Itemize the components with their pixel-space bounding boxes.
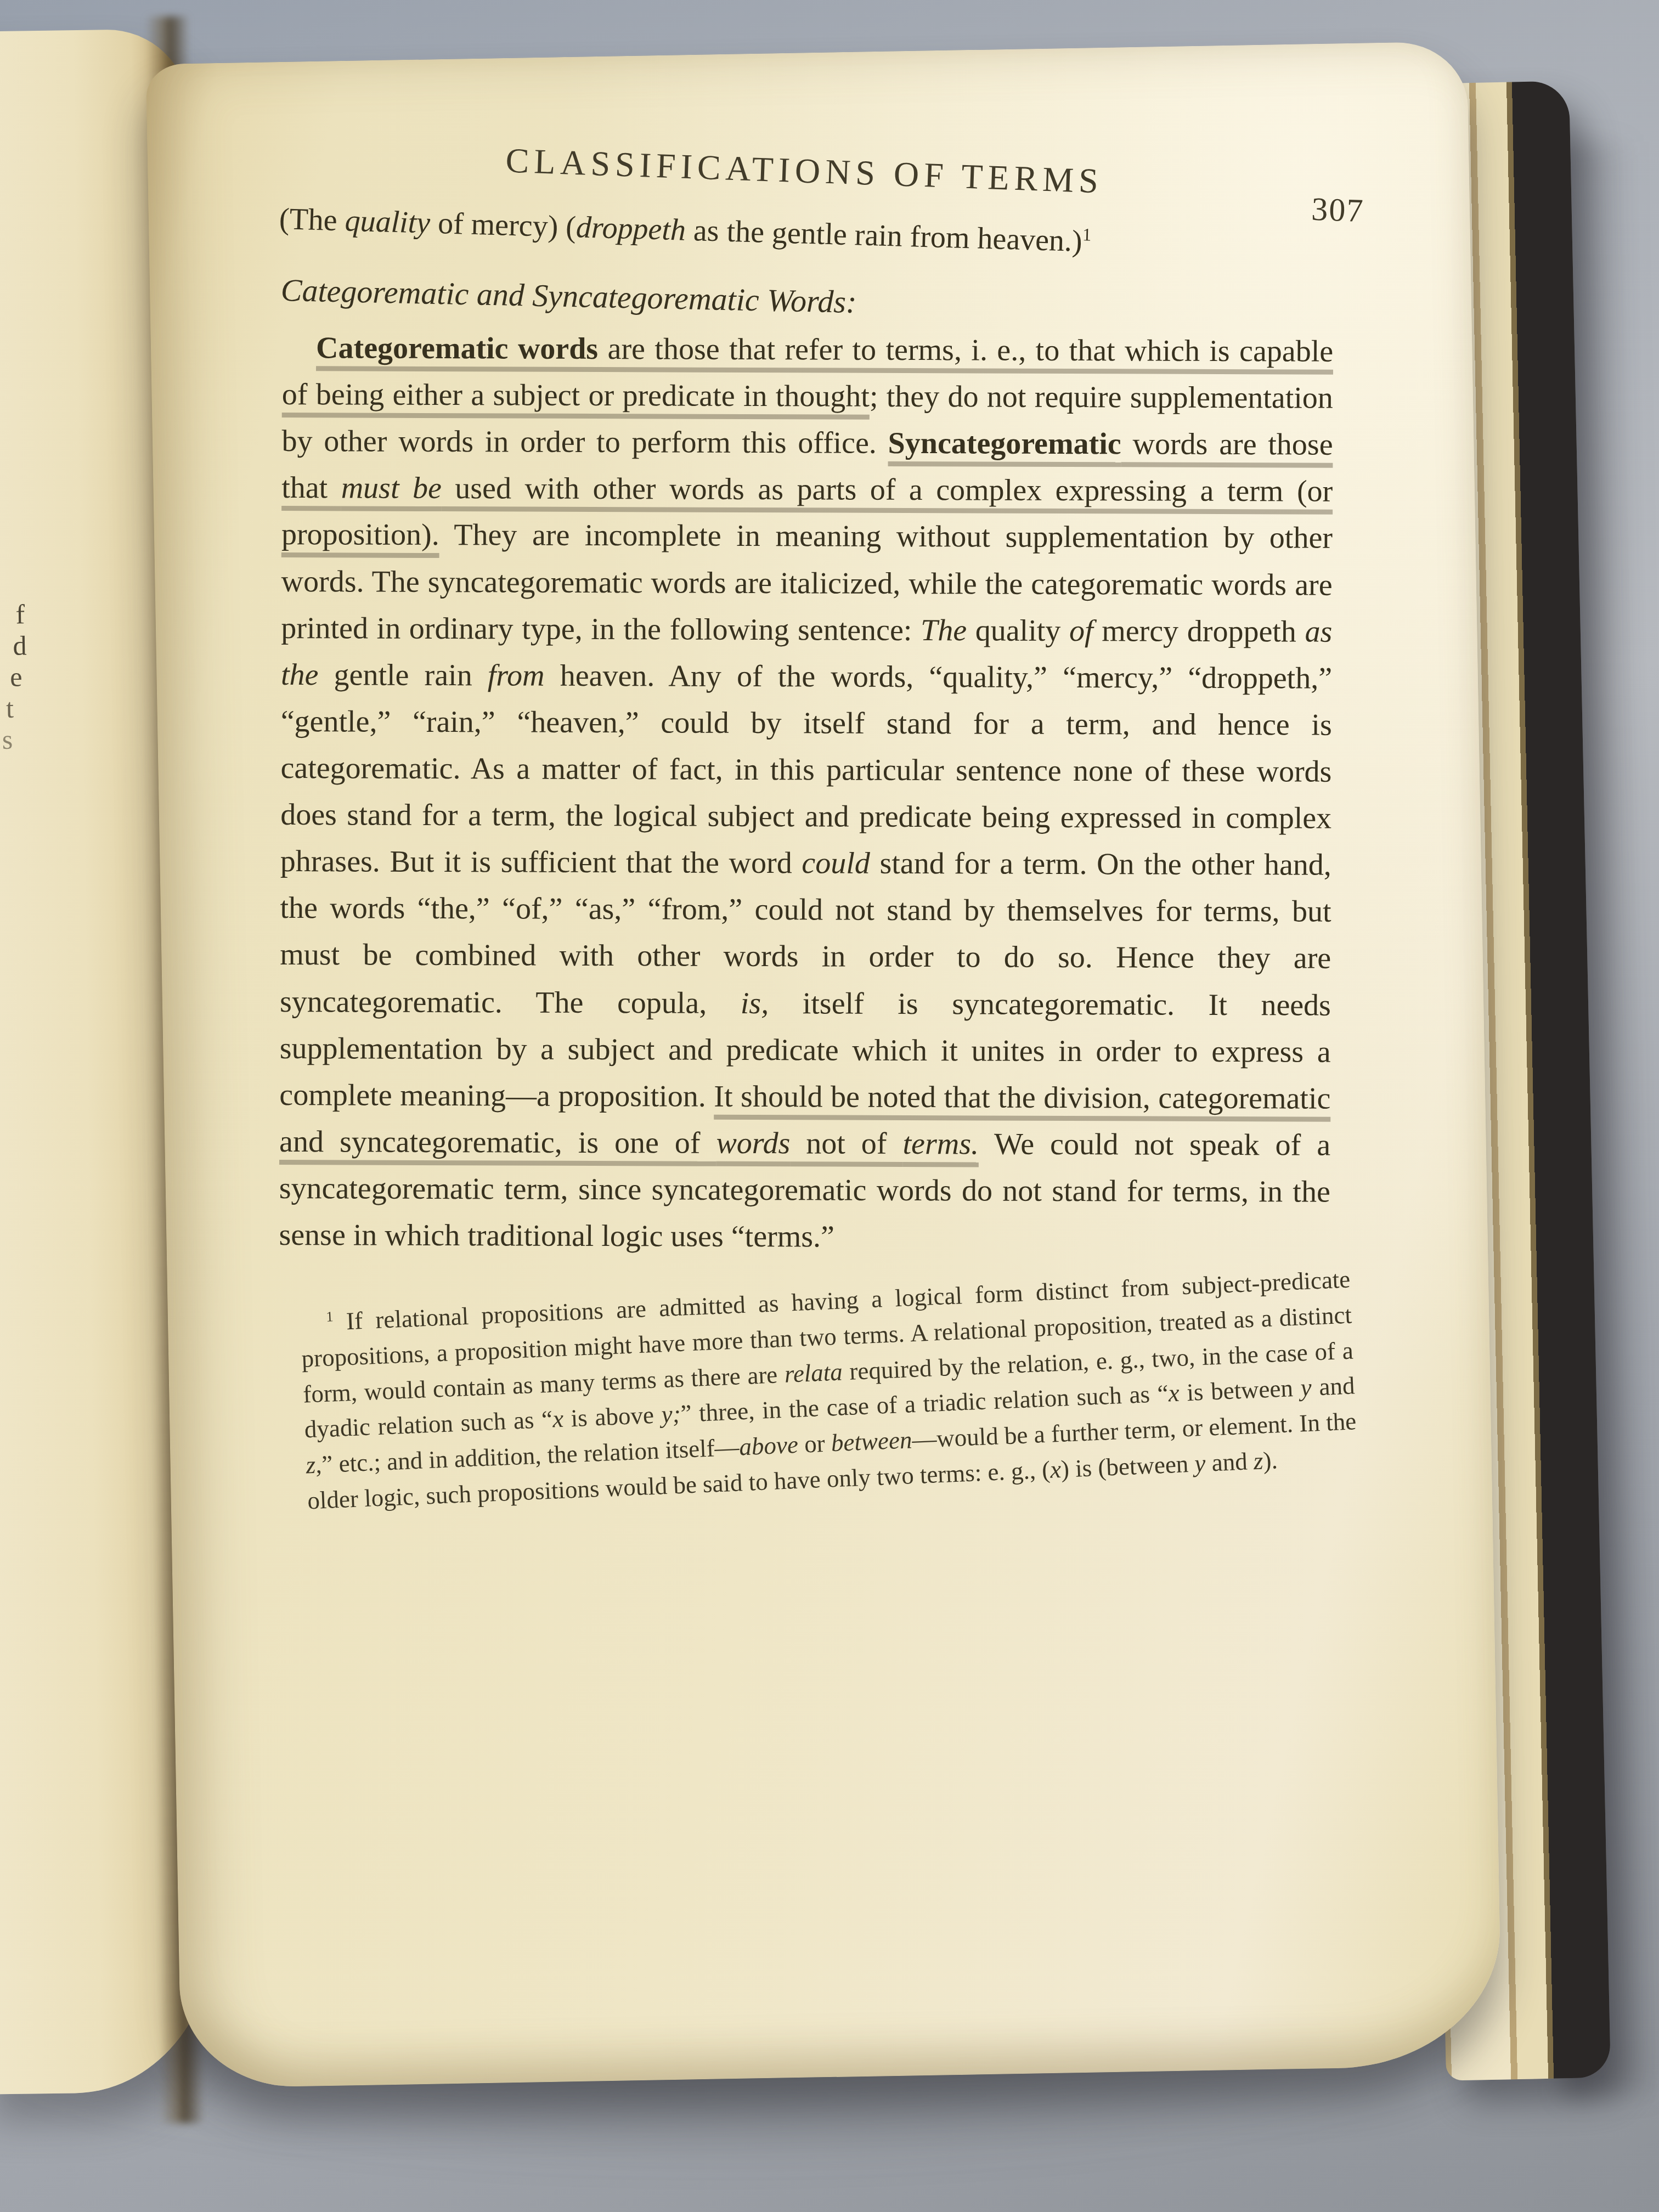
text-segment: x [552, 1405, 564, 1433]
text-segment: x [1049, 1455, 1062, 1483]
text-segment: quality [345, 204, 431, 240]
text-segment: as the gentle rain from heaven.) [685, 213, 1082, 258]
text-segment: y; [661, 1400, 681, 1428]
page-number: 307 [1311, 190, 1364, 230]
cutoff-letter: f [15, 599, 26, 630]
cutoff-letter: t [6, 692, 28, 724]
text-segment: is, [741, 986, 769, 1020]
text-segment: is above [563, 1401, 662, 1432]
text-segment: y [1194, 1449, 1206, 1477]
text-segment: words [716, 1126, 790, 1160]
cutoff-letter: s [2, 724, 28, 755]
page-content: CLASSIFICATIONS OF TERMS 307 (The qualit… [146, 41, 1492, 1521]
text-segment: terms. [902, 1127, 979, 1161]
running-head: CLASSIFICATIONS OF TERMS 307 [279, 132, 1330, 210]
text-segment: and [1311, 1372, 1356, 1401]
text-segment: is between [1179, 1374, 1301, 1407]
text-segment: x [1168, 1379, 1180, 1407]
text-segment: must be [341, 471, 442, 506]
text-segment: z, [306, 1451, 323, 1479]
text-segment: droppeth [575, 210, 686, 247]
text-segment: (The [279, 202, 345, 238]
text-segment: quality [967, 613, 1069, 648]
cutoff-letter: d [13, 630, 27, 661]
text-segment: between [831, 1426, 912, 1457]
text-segment: ) is (between [1060, 1450, 1195, 1483]
text-segment: y [1300, 1374, 1312, 1402]
page-title: CLASSIFICATIONS OF TERMS [505, 141, 1104, 201]
text-segment-pencil-underlined: not of [790, 1126, 902, 1161]
cutoff-letter: e [10, 661, 27, 692]
footnote-reference: 1 [1082, 225, 1092, 245]
text-segment: Syncategorematic [888, 426, 1121, 461]
footnote: 1 If relational propositions are admitte… [300, 1262, 1359, 1519]
text-segment: of mercy) ( [430, 206, 577, 244]
body-paragraph: Categorematic words are those that refer… [279, 325, 1333, 1262]
text-segment: could [802, 847, 870, 881]
photo-of-open-book: f d e t s CLASSIFICATIONS OF TERMS 307 (… [0, 0, 1659, 2212]
text-segment: mercy droppeth [1093, 614, 1305, 648]
text-segment: The [921, 613, 967, 647]
text-segment: or [798, 1430, 832, 1458]
text-segment: from [488, 658, 545, 692]
text-segment: gentle rain [318, 658, 488, 692]
text-segment: ). [1262, 1447, 1278, 1475]
footnote-marker: 1 [326, 1308, 334, 1325]
text-segment: and [1205, 1447, 1254, 1477]
facing-page-cutoff-letters: f d e t s [9, 599, 28, 755]
text-segment: of [1069, 614, 1093, 648]
section-heading: Categorematic and Syncategorematic Words… [280, 272, 1332, 330]
book-page: CLASSIFICATIONS OF TERMS 307 (The qualit… [146, 41, 1502, 2088]
text-segment: Categorematic words [316, 331, 598, 366]
text-segment: above [738, 1431, 798, 1460]
text-segment: relata [784, 1358, 843, 1387]
carried-over-sentence: (The quality of mercy) (droppeth as the … [279, 196, 1331, 271]
